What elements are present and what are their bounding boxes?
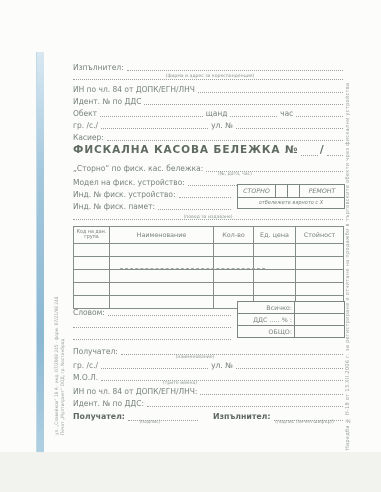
device-number-fill: [179, 189, 231, 198]
recipient-city-fill: [101, 360, 208, 369]
cashier-label: Касиер:: [73, 134, 107, 142]
device-number-row: Инд. № фиск. устройство:: [73, 189, 231, 198]
taxid-label: ИН по чл. 84 от ДОПК/ЕГН/ЛНЧ: [73, 86, 198, 94]
receipt-number-fill: [301, 147, 317, 156]
col-header-tax-group: Код на дан. група: [74, 227, 110, 244]
items-row: [74, 244, 344, 257]
recipient-vat-label: Идент. № по ДДС:: [73, 400, 147, 408]
hour-fill-line: [296, 108, 343, 117]
col-header-name: Наименование: [110, 227, 214, 244]
storno-checkbox-cell: [276, 185, 288, 197]
remont-checkbox-cell: [288, 185, 300, 197]
device-model-label: Модел на фиск. устройство:: [73, 179, 188, 187]
fiscal-receipt-form-photo: Изпълнител: (фирма и адрес за кореспонде…: [0, 0, 381, 492]
in-words-label: Словом:: [73, 309, 108, 317]
recipient-taxid-label: ИН по чл. 84 от ДОПК/ЕГН/ЛНЧ:: [73, 388, 200, 396]
executor-label: Изпълнител:: [73, 64, 127, 72]
items-row: [74, 283, 344, 296]
in-words-row: Словом:: [73, 307, 231, 316]
storno-reference-row: „Сторно“ по фиск. кас. бележка:: [73, 163, 343, 172]
signature-recipient-row: Получател:: [73, 412, 198, 421]
memory-number-fill: [158, 201, 231, 210]
site-fill-line: [100, 108, 203, 117]
storno-option-label: СТОРНО: [238, 185, 276, 197]
remont-option-label: РЕМОНТ: [300, 185, 344, 197]
taxid-row: ИН по чл. 84 от ДОПК/ЕГН/ЛНЧ: [73, 84, 343, 93]
stand-label: щанд: [203, 110, 231, 118]
taxid-fill-line: [198, 84, 343, 93]
mol-label: М.О.Л.: [73, 374, 101, 382]
form-title: ФИСКАЛНА КАСОВА БЕЛЕЖКА №: [73, 145, 301, 156]
items-row: [74, 270, 344, 283]
markbox-note: отбележете вярното с X: [238, 197, 344, 208]
vat-fill-line: [144, 96, 343, 105]
total-label: Всичко:: [238, 302, 295, 313]
mol-fill: [101, 372, 343, 381]
memory-number-label: Инд. № фиск. памет:: [73, 203, 158, 211]
site-label: Обект: [73, 110, 100, 118]
left-imprint-line-2: Печат „Мултипринт“ ООД, гр. Костинброд: [61, 220, 66, 435]
receipt-number-fill-2: [327, 147, 343, 156]
recipient-label: Получател:: [73, 348, 121, 356]
vat-percent-label: ДДС ..... % :: [238, 314, 295, 325]
recipient-street-fill: [236, 360, 343, 369]
signature-executor-hint: (подпис /личен шифър/): [262, 421, 347, 426]
recipient-vat-fill: [147, 398, 343, 407]
street-label: ул. №: [208, 122, 236, 130]
street-fill-line: [236, 120, 343, 129]
left-imprint-line-1: ул. „Славейков“ 16 А · инд. 07/2008 245 …: [55, 145, 60, 435]
totals-box: Всичко: ДДС ..... % : ОБЩО:: [237, 301, 345, 338]
vat-total-row: ДДС ..... % :: [238, 314, 344, 326]
pad-spine-strip: [36, 52, 44, 452]
signature-recipient-hint: (подпис): [115, 421, 185, 426]
col-header-qty: Кол-во: [214, 227, 254, 244]
items-dash-rule: [120, 268, 265, 269]
right-margin-regulation-note: Наредба № Н-18 от 13.XII.2006 г. за реги…: [345, 58, 351, 450]
storno-reference-fill: [206, 163, 343, 172]
storno-remont-markbox: СТОРНО РЕМОНТ отбележете вярното с X: [237, 184, 345, 209]
grand-total-value-cell: [295, 326, 344, 337]
grand-total-row: ОБЩО:: [238, 326, 344, 337]
total-row: Всичко:: [238, 302, 344, 314]
cashier-row: Касиер:: [73, 132, 343, 141]
hour-label: час: [277, 110, 296, 118]
recipient-fill: [121, 346, 343, 355]
vat-row: Идент. № по ДДС: [73, 96, 343, 105]
grand-total-label: ОБЩО:: [238, 326, 295, 337]
site-row: Обект щанд час: [73, 108, 343, 117]
recipient-vat-row: Идент. № по ДДС:: [73, 398, 343, 407]
title-separator: /: [318, 145, 327, 156]
recipient-taxid-fill: [200, 386, 343, 395]
vat-value-cell: [295, 314, 344, 325]
recipient-city-label: гр. /с./: [73, 362, 101, 370]
vat-label: Идент. № по ДДС: [73, 98, 144, 106]
signature-recipient-fill: [128, 412, 198, 421]
col-header-unit-price: Ед. цена: [254, 227, 296, 244]
in-words-fill-3: [73, 331, 231, 340]
storno-reference-label: „Сторно“ по фиск. кас. бележка:: [73, 165, 206, 173]
city-row: гр. /с./ ул. №: [73, 120, 343, 129]
recipient-row: Получател:: [73, 346, 343, 355]
recipient-taxid-row: ИН по чл. 84 от ДОПК/ЕГН/ЛНЧ:: [73, 386, 343, 395]
city-label: гр. /с./: [73, 122, 101, 130]
mol-row: М.О.Л.: [73, 372, 343, 381]
page-bottom-shadow: [0, 450, 381, 492]
recipient-street-label: ул. №: [208, 362, 236, 370]
cashier-fill-line: [107, 132, 343, 141]
memory-number-row: Инд. № фиск. памет:: [73, 201, 231, 210]
city-fill-line: [101, 120, 208, 129]
items-header-row: Код на дан. група Наименование Кол-во Ед…: [74, 227, 344, 244]
signature-recipient-label: Получател:: [73, 413, 128, 421]
pad-cover-edge: [9, 40, 35, 452]
device-number-label: Инд. № фиск. устройство:: [73, 191, 179, 199]
stand-fill-line: [230, 108, 277, 117]
col-header-amount: Стойност: [296, 227, 344, 244]
signature-executor-label: Изпълнител:: [213, 413, 274, 421]
in-words-fill: [108, 307, 231, 316]
executor-fill-line: [127, 62, 343, 71]
in-words-fill-2: [73, 319, 231, 328]
executor-row: Изпълнител:: [73, 62, 343, 71]
reason-hint: (повод за издаване): [73, 216, 343, 221]
correspondence-hint: (фирма и адрес за кореспонденция): [130, 75, 290, 80]
form-title-row: ФИСКАЛНА КАСОВА БЕЛЕЖКА № /: [73, 145, 343, 156]
total-value-cell: [295, 302, 344, 313]
recipient-city-row: гр. /с./ ул. №: [73, 360, 343, 369]
